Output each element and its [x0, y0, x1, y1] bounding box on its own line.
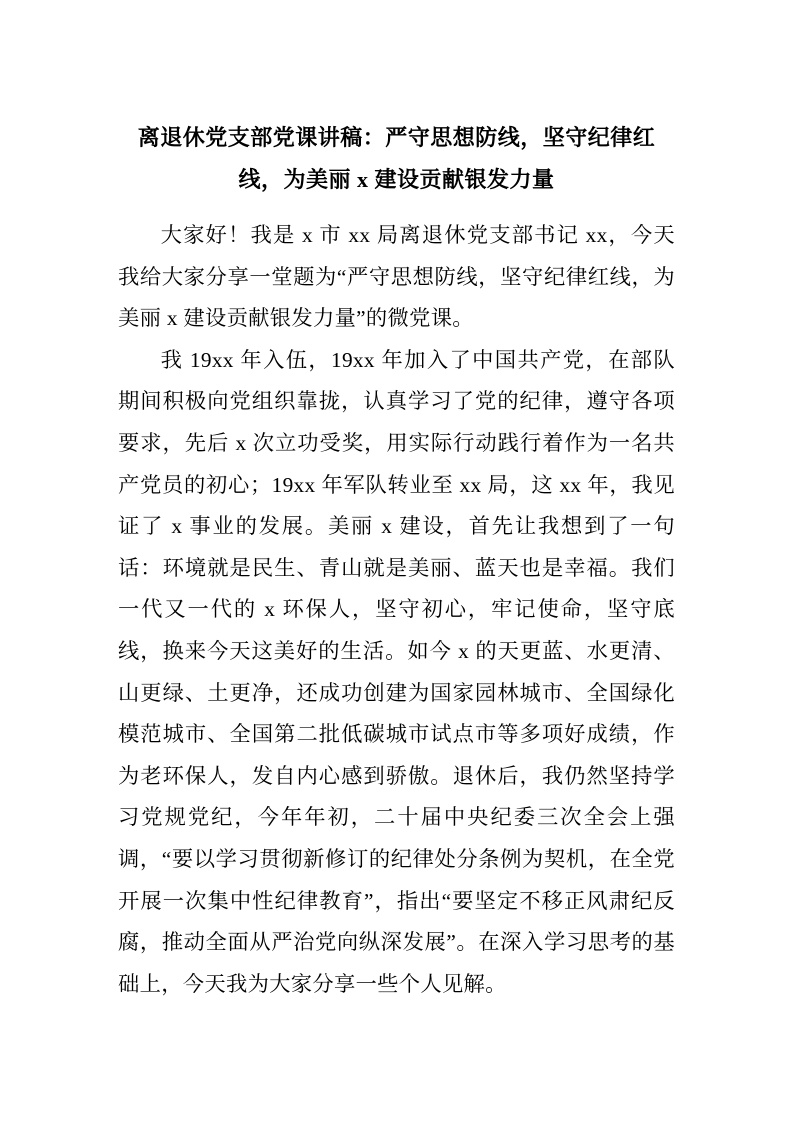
- document-body: 大家好！我是 x 市 xx 局离退休党支部书记 xx，今天我给大家分享一堂题为“…: [118, 215, 675, 1005]
- document-title: 离退休党支部党课讲稿：严守思想防线，坚守纪律红线，为美丽 x 建设贡献银发力量: [118, 117, 675, 201]
- paragraph-intro: 大家好！我是 x 市 xx 局离退休党支部书记 xx，今天我给大家分享一堂题为“…: [118, 215, 675, 340]
- paragraph-main: 我 19xx 年入伍，19xx 年加入了中国共产党，在部队期间积极向党组织靠拢，…: [118, 340, 675, 1006]
- document-page: 离退休党支部党课讲稿：严守思想防线，坚守纪律红线，为美丽 x 建设贡献银发力量 …: [0, 0, 793, 1122]
